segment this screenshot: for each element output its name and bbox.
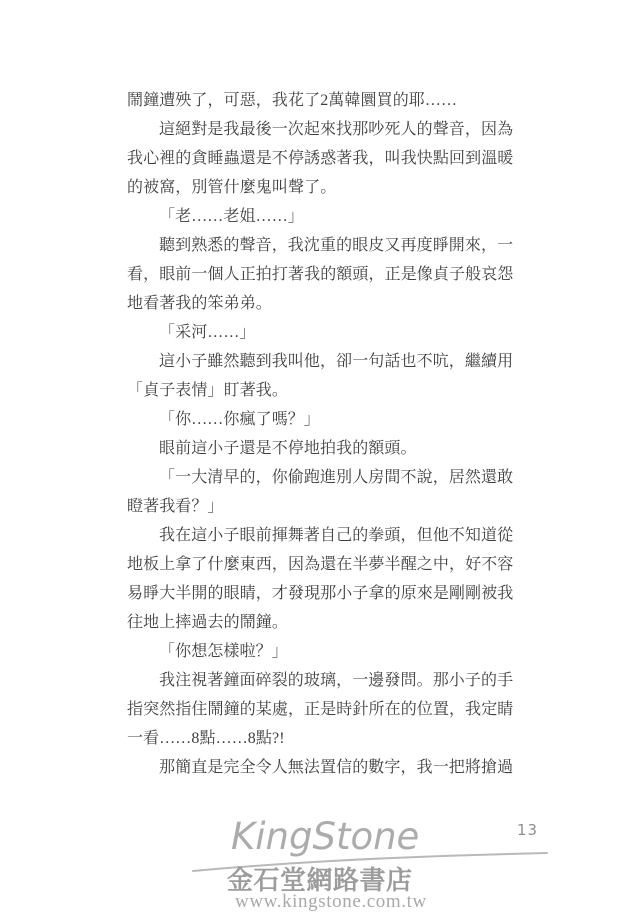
text-line: 往地上摔過去的鬧鐘。 bbox=[127, 608, 527, 637]
text-line: 易睜大半開的眼睛，才發現那小子拿的原來是剛剛被我 bbox=[127, 579, 527, 608]
text-line: 那簡直是完全令人無法置信的數字，我一把將搶過 bbox=[127, 753, 527, 782]
text-line: 鬧鐘遭殃了，可惡，我花了2萬韓圜買的耶…… bbox=[127, 86, 527, 115]
text-line: 地看著我的笨弟弟。 bbox=[127, 289, 527, 318]
page-number: 13 bbox=[517, 821, 538, 839]
text-line: 「一大清早的，你偷跑進別人房間不說，居然還敢 bbox=[127, 463, 527, 492]
text-line: 地板上拿了什麼東西，因為還在半夢半醒之中，好不容 bbox=[127, 550, 527, 579]
text-line: 「你……你瘋了嗎？」 bbox=[127, 405, 527, 434]
text-line: 我心裡的貪睡蟲還是不停誘惑著我，叫我快點回到溫暖 bbox=[127, 144, 527, 173]
text-line: 「老……老姐……」 bbox=[127, 202, 527, 231]
text-line: 我注視著鐘面碎裂的玻璃，一邊發問。那小子的手 bbox=[127, 666, 527, 695]
text-line: 眼前這小子還是不停地拍我的額頭。 bbox=[127, 434, 527, 463]
store-url-text: www.kingstone.com.tw bbox=[235, 892, 427, 911]
body-text: 鬧鐘遭殃了，可惡，我花了2萬韓圜買的耶……這絕對是我最後一次起來找那吵死人的聲音… bbox=[127, 86, 527, 782]
text-line: 這小子雖然聽到我叫他，卻一句話也不吭，繼續用 bbox=[127, 347, 527, 376]
text-line: 一看……8點……8點?! bbox=[127, 724, 527, 753]
text-line: 「你想怎樣啦？」 bbox=[127, 637, 527, 666]
text-line: 「采河……」 bbox=[127, 318, 527, 347]
text-line: 看，眼前一個人正拍打著我的額頭，正是像貞子般哀怨 bbox=[127, 260, 527, 289]
text-line: 這絕對是我最後一次起來找那吵死人的聲音，因為 bbox=[127, 115, 527, 144]
text-line: 聽到熟悉的聲音，我沈重的眼皮又再度睜開來，一 bbox=[127, 231, 527, 260]
text-line: 我在這小子眼前揮舞著自己的拳頭，但他不知道從 bbox=[127, 521, 527, 550]
text-line: 指突然指住鬧鐘的某處，正是時針所在的位置，我定睛 bbox=[127, 695, 527, 724]
text-line: 的被窩，別管什麼鬼叫聲了。 bbox=[127, 173, 527, 202]
scanned-book-page: 鬧鐘遭殃了，可惡，我花了2萬韓圜買的耶……這絕對是我最後一次起來找那吵死人的聲音… bbox=[0, 0, 640, 913]
text-line: 「貞子表情」盯著我。 bbox=[127, 376, 527, 405]
text-line: 瞪著我看？」 bbox=[127, 492, 527, 521]
